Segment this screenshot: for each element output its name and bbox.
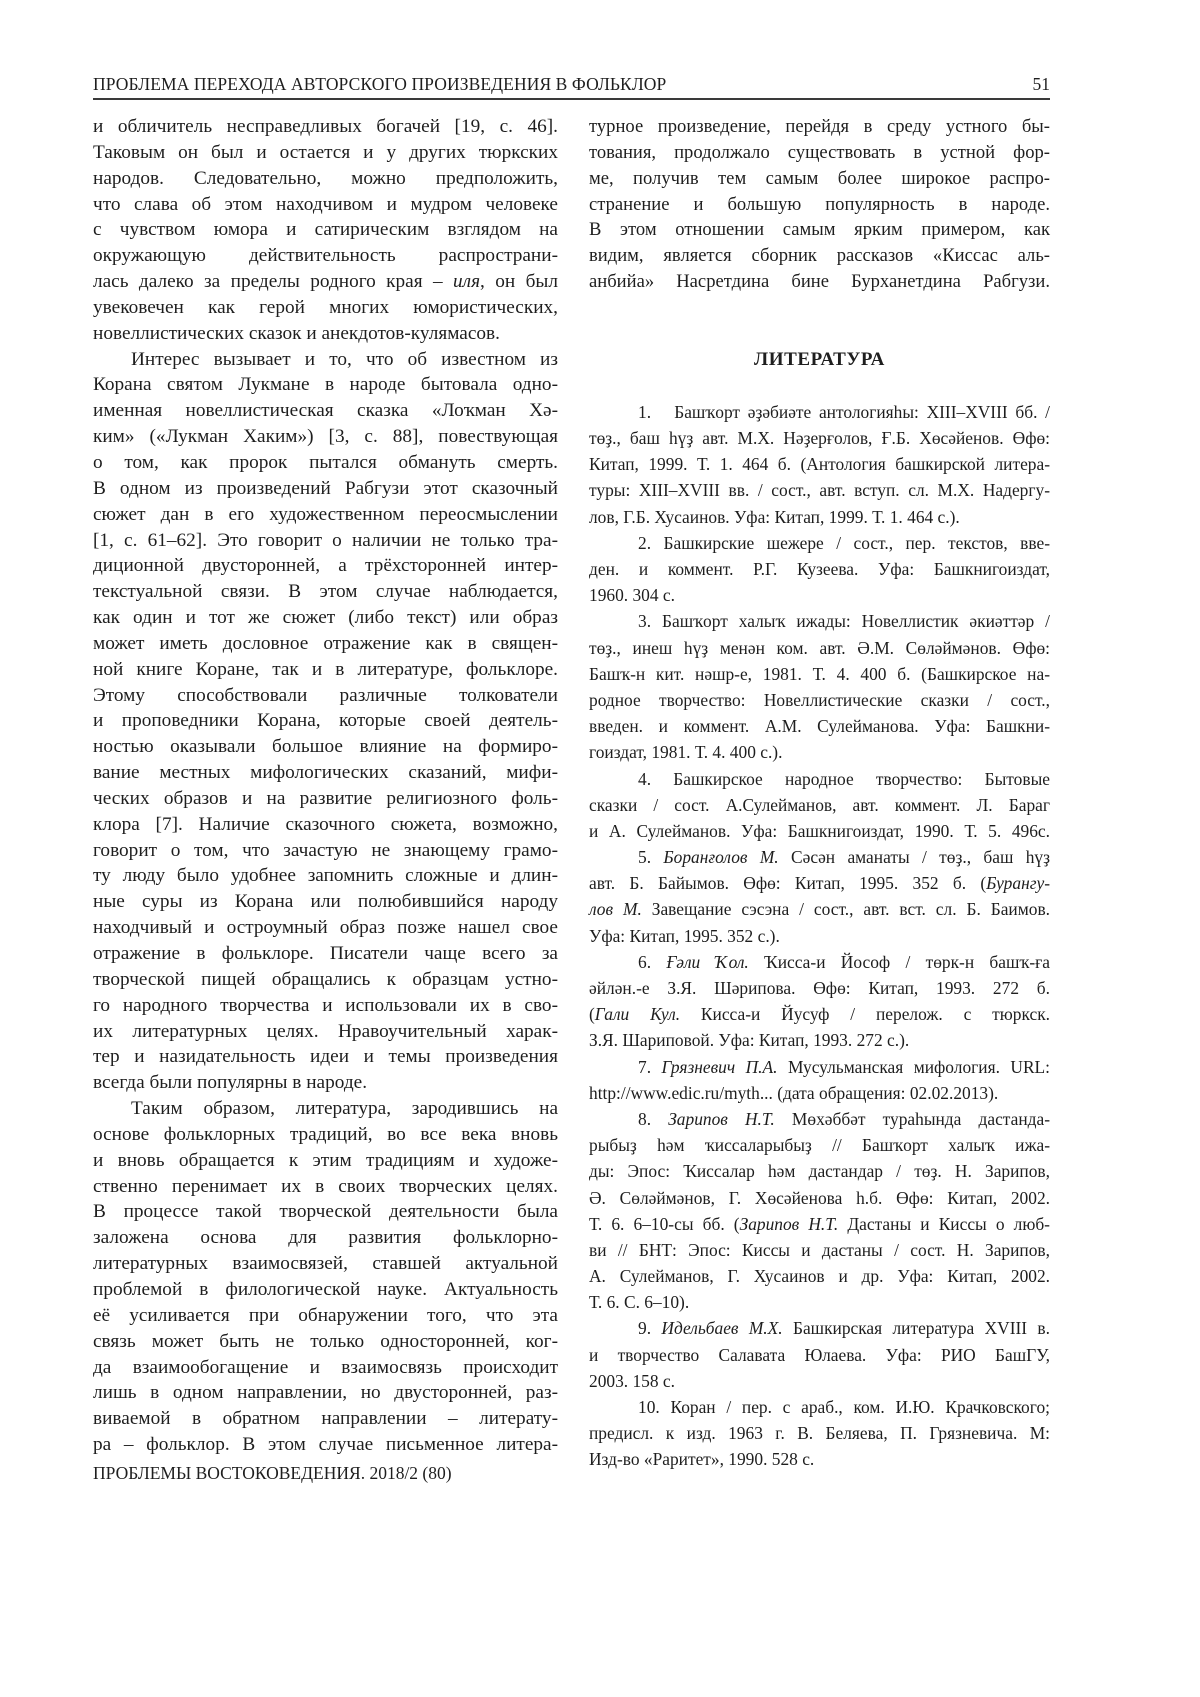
text-line: её усиливается при обнаружении того, что… — [93, 1303, 558, 1329]
references-heading: ЛИТЕРАТУРА — [589, 347, 1050, 373]
text-line: проблемой в филологической науке. Актуал… — [93, 1277, 558, 1303]
text-line: находчивый и остроумный образ позже наше… — [93, 915, 558, 941]
text-line: В процессе такой творческой деятельности… — [93, 1199, 558, 1225]
reference-text: Коран / пер. с араб., ком. И.Ю. Крачковс… — [670, 1397, 1050, 1417]
text-line: Корана святом Лукмане в народе бытовала … — [93, 372, 558, 398]
reference-line: ден. и коммент. Р.Г. Кузеева. Уфа: Башкн… — [589, 556, 1050, 582]
reference-item-1: 1. Башҡорт әҙәбиәте антологияһы: XIII–XV… — [589, 399, 1050, 425]
text-line: лишь в одном направлении, но двусторонне… — [93, 1380, 558, 1406]
reference-line: ви // БНТ: Эпос: Киссы и дастаны / сост.… — [589, 1237, 1050, 1263]
reference-line: 2003. 158 с. — [589, 1368, 1050, 1394]
text-line: тования, продолжало существовать в устно… — [589, 140, 1050, 166]
reference-line: родное творчество: Новеллистические сказ… — [589, 687, 1050, 713]
text-line: видим, является сборник рассказов «Кисса… — [589, 243, 1050, 269]
text-line: окружающую действительность распространи… — [93, 243, 558, 269]
text-line: и вновь обращается к этим традициям и ху… — [93, 1148, 558, 1174]
reference-line: ды: Эпос: Ҡиссалар һәм дастандар / төҙ. … — [589, 1158, 1050, 1184]
reference-author: Грязневич П.А. — [662, 1057, 778, 1077]
reference-number: 10. — [638, 1397, 660, 1417]
reference-line: авт. Б. Байымов. Өфө: Китап, 1995. 352 б… — [589, 870, 1050, 896]
reference-author: Идельбаев М.Х. — [661, 1318, 782, 1338]
text-line: ра – фольклор. В этом случае письменное … — [93, 1432, 558, 1458]
reference-line: (Гали Кул. Кисса-и Йусуф / перелож. с тю… — [589, 1001, 1050, 1027]
reference-item-6: 6. Ғәли Ҡол. Ҡисса-и Йософ / төрк-н башҡ… — [589, 949, 1050, 975]
reference-text: Башҡорт халыҡ ижады: Новеллистик әкиәттә… — [662, 611, 1050, 631]
reference-item-5: 5. Боранғолов М. Сәсән аманаты / төҙ., б… — [589, 844, 1050, 870]
left-column: и обличитель несправедливых богачей [19,… — [93, 114, 558, 1458]
text-line: о том, как пророк пытался обмануть смерт… — [93, 450, 558, 476]
reference-line: предисл. к изд. 1963 г. В. Беляева, П. Г… — [589, 1420, 1050, 1446]
reference-line: 1960. 304 с. — [589, 582, 1050, 608]
reference-line: А. Сулейманов, Г. Хусаинов и др. Уфа: Ки… — [589, 1263, 1050, 1289]
reference-item-3: 3. Башҡорт халыҡ ижады: Новеллистик әкиә… — [589, 608, 1050, 634]
text-line: связь может быть не только односторонней… — [93, 1329, 558, 1355]
reference-text: авт. Б. Байымов. Өфө: Китап, 1995. 352 б… — [589, 873, 986, 893]
text-line: народов. Следовательно, можно предположи… — [93, 166, 558, 192]
reference-item-4: 4. Башкирское народное творчество: Бытов… — [589, 766, 1050, 792]
reference-item-9: 9. Идельбаев М.Х. Башкирская литература … — [589, 1315, 1050, 1341]
reference-author: Ғәли Ҡол. — [666, 952, 748, 972]
right-column: турное произведение, перейдя в среду уст… — [589, 114, 1050, 1473]
text-line: новеллистических сказок и анекдотов-куля… — [93, 321, 558, 347]
reference-number: 6. — [638, 952, 651, 972]
text-line: [1, с. 61–62]. Это говорит о наличии не … — [93, 528, 558, 554]
reference-line: Уфа: Китап, 1995. 352 с.). — [589, 923, 1050, 949]
text-line: отражение в фольклоре. Писатели чаще все… — [93, 941, 558, 967]
text-line: го народного творчества и использовали и… — [93, 993, 558, 1019]
reference-text: Башҡорт әҙәбиәте антологияһы: XIII–XVIII… — [674, 402, 1050, 422]
text-line: тер и назидательность идеи и темы произв… — [93, 1044, 558, 1070]
reference-line: әйлән.-е З.Я. Шәрипова. Өфө: Китап, 1993… — [589, 975, 1050, 1001]
reference-number: 2. — [638, 533, 651, 553]
text-line: ту люду было удобнее запомнить сложные и… — [93, 863, 558, 889]
text-line: всегда были популярны в народе. — [93, 1070, 558, 1096]
reference-author-translit: Зарипов Н.Т. — [740, 1214, 839, 1234]
text-line: вание местных мифологических сказаний, м… — [93, 760, 558, 786]
text-line: ме, получив тем самым более широкое расп… — [589, 166, 1050, 192]
reference-item-10: 10. Коран / пер. с араб., ком. И.Ю. Крач… — [589, 1394, 1050, 1420]
reference-line: төҙ., баш һүҙ авт. М.Х. Нәҙерғолов, Ғ.Б.… — [589, 425, 1050, 451]
reference-item-8: 8. Зарипов Н.Т. Мөхәббәт тураһында даста… — [589, 1106, 1050, 1132]
reference-line: Изд-во «Раритет», 1990. 528 с. — [589, 1446, 1050, 1472]
journal-footer: ПРОБЛЕМЫ ВОСТОКОВЕДЕНИЯ. 2018/2 (80) — [93, 1463, 452, 1484]
reference-text: Т. 6. 6–10-сы бб. ( — [589, 1214, 740, 1234]
reference-line: төҙ., инеш һүҙ менән ком. авт. Ә.М. Сөлә… — [589, 635, 1050, 661]
page-number: 51 — [1033, 74, 1051, 95]
reference-line: лов, Г.Б. Хусаинов. Уфа: Китап, 1999. Т.… — [589, 504, 1050, 530]
reference-text: Башкирская литература XVIII в. — [783, 1318, 1050, 1338]
text-line: Таковым он был и остается и у других тюр… — [93, 140, 558, 166]
text-line: анбийа» Насретдина бине Бурханетдина Раб… — [589, 269, 1050, 295]
running-head: ПРОБЛЕМА ПЕРЕХОДА АВТОРСКОГО ПРОИЗВЕДЕНИ… — [93, 74, 1050, 100]
reference-author-translit: Бурангу- — [986, 873, 1050, 893]
text-line: литературных взаимосвязей, ставшей актуа… — [93, 1251, 558, 1277]
reference-line: Т. 6. С. 6–10). — [589, 1289, 1050, 1315]
reference-line: Т. 6. 6–10-сы бб. (Зарипов Н.Т. Дастаны … — [589, 1211, 1050, 1237]
text-line: В этом отношении самым ярким примером, к… — [589, 217, 1050, 243]
text-line: их литературных целях. Нравоучительный х… — [93, 1019, 558, 1045]
reference-line: Ә. Сөләймәнов, Г. Хөсәйенова һ.б. Өфө: К… — [589, 1185, 1050, 1211]
text-line: клора [7]. Наличие сказочного сюжета, во… — [93, 812, 558, 838]
reference-number: 5. — [638, 847, 651, 867]
text-fragment: лась далеко за пределы родного края – — [93, 271, 453, 292]
text-line: ные суры из Корана или полюбившийся наро… — [93, 889, 558, 915]
text-line: ной книге Коране, так и в литературе, фо… — [93, 657, 558, 683]
reference-text: Сәсән аманаты / төҙ., баш һүҙ — [779, 847, 1050, 867]
text-line: что слава об этом находчивом и мудром че… — [93, 192, 558, 218]
text-line: именная новеллистическая сказка «Лоҡман … — [93, 398, 558, 424]
reference-line: сказки / сост. А.Сулейманов, авт. коммен… — [589, 792, 1050, 818]
italic-term: иля — [453, 271, 480, 292]
reference-line: туры: XIII–XVIII вв. / сост., авт. вступ… — [589, 477, 1050, 503]
text-line: заложена основа для развития фольклорно- — [93, 1225, 558, 1251]
reference-number: 7. — [638, 1057, 651, 1077]
text-line: основе фольклорных традиций, во все века… — [93, 1122, 558, 1148]
text-line: диционной двусторонней, а трёхсторонней … — [93, 553, 558, 579]
reference-url-line: http://www.edic.ru/myth... (дата обращен… — [589, 1080, 1050, 1106]
reference-number: 1. — [638, 402, 651, 422]
text-line: сюжет дан в его художественном переосмыс… — [93, 502, 558, 528]
text-line: и обличитель несправедливых богачей [19,… — [93, 114, 558, 140]
text-line: с чувством юмора и сатирическим взглядом… — [93, 217, 558, 243]
text-fragment: , он был — [480, 271, 558, 292]
reference-author-translit: Гали Кул. — [595, 1004, 680, 1024]
reference-author: Боранғолов М. — [663, 847, 778, 867]
reference-number: 8. — [638, 1109, 651, 1129]
reference-item-2: 2. Башкирские шежере / сост., пер. текст… — [589, 530, 1050, 556]
reference-author: Зарипов Н.Т. — [668, 1109, 775, 1129]
paragraph-start: Интерес вызывает и то, что об известном … — [93, 347, 558, 373]
text-line: виваемой в обратном направлении – литера… — [93, 1406, 558, 1432]
reference-text: Башкирское народное творчество: Бытовые — [673, 769, 1050, 789]
reference-text: Дастаны и Киссы о люб- — [838, 1214, 1050, 1234]
reference-number: 3. — [638, 611, 651, 631]
reference-line: и А. Сулейманов. Уфа: Башкнигоиздат, 199… — [589, 818, 1050, 844]
text-line: творческой пищей обращались к образцам у… — [93, 967, 558, 993]
running-title: ПРОБЛЕМА ПЕРЕХОДА АВТОРСКОГО ПРОИЗВЕДЕНИ… — [93, 74, 666, 95]
text-line: ким» («Лукман Хаким») [3, с. 88], повест… — [93, 424, 558, 450]
reference-number: 4. — [638, 769, 651, 789]
text-line: может иметь дословное отражение как в св… — [93, 631, 558, 657]
reference-text: Мусульманская мифология. URL: — [778, 1057, 1051, 1077]
text-line: турное произведение, перейдя в среду уст… — [589, 114, 1050, 140]
text-line: ственно перенимает их в своих творческих… — [93, 1174, 558, 1200]
text-line: говорит о том, что зачастую не знающему … — [93, 838, 558, 864]
reference-text: Башкирские шежере / сост., пер. текстов,… — [664, 533, 1050, 553]
text-line: увековечен как герой многих юмористическ… — [93, 295, 558, 321]
reference-line: лов М. Завещание сэсэна / сост., авт. вс… — [589, 896, 1050, 922]
paragraph-start: Таким образом, литература, зародившись н… — [93, 1096, 558, 1122]
text-line: текстуальной связи. В этом случае наблюд… — [93, 579, 558, 605]
reference-line: Китап, 1999. Т. 1. 464 б. (Антология баш… — [589, 451, 1050, 477]
text-line: странение и большую популярность в народ… — [589, 192, 1050, 218]
text-line-with-italic: лась далеко за пределы родного края – ил… — [93, 269, 558, 295]
reference-line: гоиздат, 1981. Т. 4. 400 с.). — [589, 739, 1050, 765]
reference-text: Ҡисса-и Йософ / төрк-н башҡ-ға — [749, 952, 1050, 972]
text-line: ческих образов и на развитие религиозног… — [93, 786, 558, 812]
reference-text: Кисса-и Йусуф / перелож. с тюркск. — [680, 1004, 1050, 1024]
reference-line: и творчество Салавата Юлаева. Уфа: РИО Б… — [589, 1342, 1050, 1368]
reference-line: Башҡ-н кит. нәшр-е, 1981. Т. 4. 400 б. (… — [589, 661, 1050, 687]
reference-number: 9. — [638, 1318, 651, 1338]
text-line: как один и тот же сюжет (либо текст) или… — [93, 605, 558, 631]
reference-line: рыбыҙ һәм ҡиссаларыбыҙ // Башҡорт халыҡ … — [589, 1132, 1050, 1158]
references-list: 1. Башҡорт әҙәбиәте антологияһы: XIII–XV… — [589, 399, 1050, 1473]
text-line: да взаимообогащение и взаимосвязь происх… — [93, 1355, 558, 1381]
reference-item-7: 7. Грязневич П.А. Мусульманская мифологи… — [589, 1054, 1050, 1080]
text-line: Этому способствовали различные толковате… — [93, 683, 558, 709]
reference-author-translit: лов М. — [589, 899, 642, 919]
reference-line: введен. и коммент. А.М. Сулейманова. Уфа… — [589, 713, 1050, 739]
text-line: и проповедники Корана, которые своей дея… — [93, 708, 558, 734]
reference-text: Мөхәббәт тураһында дастанда- — [775, 1109, 1050, 1129]
reference-text: Завещание сэсэна / сост., авт. вст. сл. … — [652, 899, 1050, 919]
text-line: В одном из произведений Рабгузи этот ска… — [93, 476, 558, 502]
text-line: ностью оказывали большое влияние на форм… — [93, 734, 558, 760]
reference-line: З.Я. Шариповой. Уфа: Китап, 1993. 272 с.… — [589, 1027, 1050, 1053]
